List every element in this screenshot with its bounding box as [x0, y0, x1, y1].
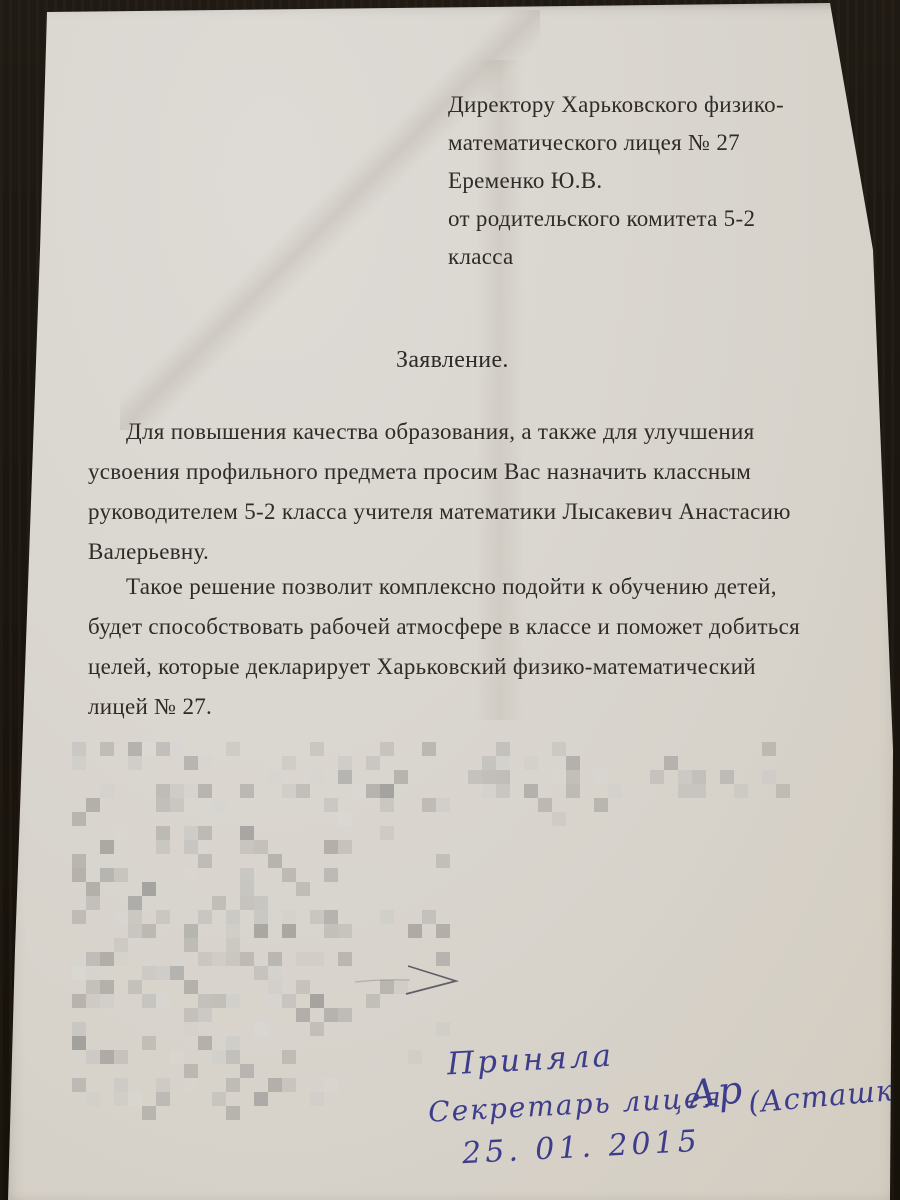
redaction-pixel — [212, 742, 226, 756]
redaction-pixel — [142, 1022, 156, 1036]
redaction-pixel — [72, 742, 86, 756]
redaction-pixel — [422, 798, 436, 812]
redacted-signature-right — [468, 742, 790, 826]
redaction-pixel — [72, 924, 86, 938]
redaction-pixel — [436, 798, 450, 812]
redaction-pixel — [310, 994, 324, 1008]
redaction-pixel — [748, 742, 762, 756]
redaction-pixel — [100, 1106, 114, 1120]
redaction-pixel — [142, 1036, 156, 1050]
redaction-pixel — [776, 742, 790, 756]
redaction-pixel — [394, 840, 408, 854]
body-line: будет способствовать рабочей атмосфере в… — [88, 607, 800, 647]
redaction-pixel — [394, 1078, 408, 1092]
redaction-pixel — [212, 840, 226, 854]
redaction-pixel — [100, 854, 114, 868]
redaction-pixel — [296, 1050, 310, 1064]
redaction-pixel — [524, 742, 538, 756]
redaction-pixel — [86, 952, 100, 966]
redaction-pixel — [422, 1008, 436, 1022]
redaction-pixel — [394, 756, 408, 770]
redaction-pixel — [422, 896, 436, 910]
redaction-pixel — [72, 1078, 86, 1092]
redaction-pixel — [128, 896, 142, 910]
redaction-pixel — [296, 840, 310, 854]
redaction-pixel — [324, 1008, 338, 1022]
redaction-pixel — [296, 952, 310, 966]
redaction-pixel — [100, 784, 114, 798]
handwritten-signature: Ар — [686, 1067, 745, 1117]
redaction-pixel — [184, 952, 198, 966]
redaction-pixel — [580, 812, 594, 826]
redaction-pixel — [762, 756, 776, 770]
redaction-pixel — [324, 1064, 338, 1078]
redaction-pixel — [762, 812, 776, 826]
redaction-pixel — [324, 1078, 338, 1092]
redaction-pixel — [436, 854, 450, 868]
redaction-pixel — [128, 882, 142, 896]
redaction-pixel — [156, 1092, 170, 1106]
redaction-pixel — [170, 812, 184, 826]
redaction-pixel — [296, 1022, 310, 1036]
redaction-pixel — [394, 798, 408, 812]
redaction-pixel — [268, 770, 282, 784]
redaction-pixel — [524, 812, 538, 826]
redaction-pixel — [380, 854, 394, 868]
redaction-pixel — [324, 826, 338, 840]
redaction-pixel — [212, 994, 226, 1008]
redaction-pixel — [72, 1050, 86, 1064]
redaction-pixel — [114, 798, 128, 812]
redaction-pixel — [524, 770, 538, 784]
redaction-pixel — [394, 1022, 408, 1036]
redaction-pixel — [678, 742, 692, 756]
redaction-pixel — [86, 994, 100, 1008]
redaction-pixel — [366, 826, 380, 840]
redaction-pixel — [170, 1078, 184, 1092]
redaction-pixel — [268, 896, 282, 910]
redaction-pixel — [324, 994, 338, 1008]
redaction-pixel — [296, 994, 310, 1008]
redaction-pixel — [114, 1022, 128, 1036]
redaction-pixel — [422, 1022, 436, 1036]
redaction-pixel — [748, 812, 762, 826]
redaction-pixel — [268, 1008, 282, 1022]
redaction-pixel — [156, 784, 170, 798]
redaction-pixel — [100, 812, 114, 826]
redaction-pixel — [226, 896, 240, 910]
redaction-pixel — [86, 826, 100, 840]
redaction-pixel — [594, 798, 608, 812]
redaction-pixel — [650, 756, 664, 770]
redaction-pixel — [324, 980, 338, 994]
redacted-signatures-left — [72, 742, 450, 1120]
redaction-pixel — [408, 924, 422, 938]
redaction-pixel — [212, 854, 226, 868]
redaction-pixel — [366, 896, 380, 910]
redaction-pixel — [566, 812, 580, 826]
redaction-pixel — [324, 840, 338, 854]
redaction-pixel — [678, 798, 692, 812]
redaction-pixel — [142, 1008, 156, 1022]
redaction-pixel — [352, 868, 366, 882]
redaction-pixel — [338, 770, 352, 784]
redaction-pixel — [156, 826, 170, 840]
redaction-pixel — [296, 1106, 310, 1120]
redaction-pixel — [380, 1064, 394, 1078]
redaction-pixel — [394, 770, 408, 784]
redaction-pixel — [380, 784, 394, 798]
redaction-pixel — [482, 770, 496, 784]
redaction-pixel — [254, 938, 268, 952]
redaction-pixel — [380, 1050, 394, 1064]
redaction-pixel — [128, 770, 142, 784]
redaction-pixel — [594, 756, 608, 770]
redaction-pixel — [366, 742, 380, 756]
redaction-pixel — [324, 910, 338, 924]
redaction-pixel — [86, 980, 100, 994]
redaction-pixel — [226, 1092, 240, 1106]
redaction-pixel — [226, 1064, 240, 1078]
redaction-pixel — [254, 994, 268, 1008]
redaction-pixel — [296, 812, 310, 826]
redaction-pixel — [72, 966, 86, 980]
redaction-pixel — [380, 742, 394, 756]
redaction-pixel — [380, 868, 394, 882]
redaction-pixel — [538, 784, 552, 798]
redaction-pixel — [324, 756, 338, 770]
redaction-pixel — [212, 966, 226, 980]
redaction-pixel — [226, 1022, 240, 1036]
redaction-pixel — [212, 938, 226, 952]
redaction-pixel — [734, 812, 748, 826]
redaction-pixel — [748, 756, 762, 770]
redaction-pixel — [212, 1064, 226, 1078]
redaction-pixel — [394, 1036, 408, 1050]
redaction-pixel — [482, 742, 496, 756]
redaction-pixel — [142, 980, 156, 994]
redaction-pixel — [226, 1050, 240, 1064]
redaction-pixel — [664, 742, 678, 756]
redaction-pixel — [170, 1022, 184, 1036]
redaction-pixel — [72, 826, 86, 840]
redaction-pixel — [184, 854, 198, 868]
redaction-pixel — [408, 1050, 422, 1064]
redaction-pixel — [170, 840, 184, 854]
redaction-pixel — [198, 924, 212, 938]
redaction-pixel — [394, 1008, 408, 1022]
redaction-pixel — [212, 952, 226, 966]
redaction-pixel — [254, 952, 268, 966]
redaction-pixel — [226, 882, 240, 896]
redaction-pixel — [692, 756, 706, 770]
redaction-pixel — [212, 798, 226, 812]
redaction-pixel — [636, 742, 650, 756]
redaction-pixel — [240, 882, 254, 896]
redaction-pixel — [310, 896, 324, 910]
redaction-pixel — [268, 1106, 282, 1120]
redaction-pixel — [170, 1092, 184, 1106]
photo-background: Директору Харьковского физико- математич… — [0, 0, 900, 1200]
redaction-pixel — [436, 756, 450, 770]
redaction-pixel — [268, 854, 282, 868]
redaction-pixel — [156, 840, 170, 854]
redaction-pixel — [296, 742, 310, 756]
redaction-pixel — [226, 910, 240, 924]
redaction-pixel — [72, 756, 86, 770]
redaction-pixel — [156, 756, 170, 770]
redaction-pixel — [184, 798, 198, 812]
redaction-pixel — [72, 854, 86, 868]
redaction-pixel — [380, 798, 394, 812]
redaction-pixel — [366, 840, 380, 854]
redaction-pixel — [240, 742, 254, 756]
redaction-pixel — [226, 980, 240, 994]
redaction-pixel — [408, 1078, 422, 1092]
redaction-pixel — [114, 812, 128, 826]
redaction-pixel — [142, 798, 156, 812]
redaction-pixel — [436, 1022, 450, 1036]
redaction-pixel — [282, 896, 296, 910]
redaction-pixel — [86, 812, 100, 826]
redaction-pixel — [86, 1092, 100, 1106]
redaction-pixel — [86, 798, 100, 812]
redaction-pixel — [198, 896, 212, 910]
redaction-pixel — [282, 812, 296, 826]
redaction-pixel — [352, 1022, 366, 1036]
redaction-pixel — [128, 1008, 142, 1022]
redaction-pixel — [86, 924, 100, 938]
handwritten-surname: (Асташко) — [747, 1070, 900, 1119]
redaction-pixel — [496, 756, 510, 770]
redaction-pixel — [468, 756, 482, 770]
document-title: Заявление. — [396, 347, 509, 374]
redaction-pixel — [366, 1036, 380, 1050]
redaction-pixel — [156, 868, 170, 882]
redaction-pixel — [352, 1106, 366, 1120]
redaction-pixel — [496, 742, 510, 756]
redaction-pixel — [254, 966, 268, 980]
redaction-pixel — [128, 994, 142, 1008]
redaction-pixel — [296, 1092, 310, 1106]
redaction-pixel — [380, 770, 394, 784]
redaction-pixel — [198, 1064, 212, 1078]
redaction-pixel — [156, 798, 170, 812]
redaction-pixel — [114, 784, 128, 798]
redaction-pixel — [366, 924, 380, 938]
redaction-pixel — [394, 882, 408, 896]
redaction-pixel — [254, 1050, 268, 1064]
redaction-pixel — [254, 770, 268, 784]
redaction-pixel — [566, 798, 580, 812]
redaction-pixel — [170, 910, 184, 924]
redaction-pixel — [776, 784, 790, 798]
redaction-pixel — [282, 770, 296, 784]
redaction-pixel — [86, 1064, 100, 1078]
redaction-pixel — [324, 1036, 338, 1050]
redaction-pixel — [296, 896, 310, 910]
redaction-pixel — [86, 896, 100, 910]
redaction-pixel — [254, 812, 268, 826]
redaction-pixel — [380, 924, 394, 938]
redaction-pixel — [580, 756, 594, 770]
redaction-pixel — [212, 826, 226, 840]
redaction-pixel — [240, 966, 254, 980]
redaction-pixel — [436, 840, 450, 854]
redaction-pixel — [142, 840, 156, 854]
redaction-pixel — [72, 882, 86, 896]
redaction-pixel — [552, 798, 566, 812]
redaction-pixel — [408, 1106, 422, 1120]
redaction-pixel — [212, 1022, 226, 1036]
redaction-pixel — [156, 1036, 170, 1050]
redaction-pixel — [114, 840, 128, 854]
redaction-pixel — [268, 882, 282, 896]
redaction-pixel — [566, 784, 580, 798]
redaction-pixel — [128, 1078, 142, 1092]
redaction-pixel — [650, 770, 664, 784]
redaction-pixel — [240, 1064, 254, 1078]
redaction-pixel — [324, 966, 338, 980]
redaction-pixel — [692, 784, 706, 798]
redaction-pixel — [198, 1008, 212, 1022]
redaction-pixel — [282, 1050, 296, 1064]
redaction-pixel — [128, 756, 142, 770]
redaction-pixel — [170, 1008, 184, 1022]
redaction-pixel — [240, 1050, 254, 1064]
redaction-pixel — [184, 896, 198, 910]
redaction-pixel — [198, 1106, 212, 1120]
redaction-pixel — [100, 770, 114, 784]
redaction-pixel — [268, 980, 282, 994]
redaction-pixel — [408, 784, 422, 798]
redaction-pixel — [114, 1106, 128, 1120]
redaction-pixel — [692, 812, 706, 826]
redaction-pixel — [422, 784, 436, 798]
redaction-pixel — [482, 812, 496, 826]
redaction-pixel — [212, 1106, 226, 1120]
redaction-pixel — [100, 798, 114, 812]
redaction-pixel — [552, 784, 566, 798]
redaction-pixel — [338, 854, 352, 868]
redaction-pixel — [422, 882, 436, 896]
redaction-pixel — [352, 938, 366, 952]
redaction-pixel — [212, 924, 226, 938]
redaction-pixel — [114, 924, 128, 938]
redaction-pixel — [338, 980, 352, 994]
redaction-pixel — [198, 812, 212, 826]
redaction-pixel — [380, 1092, 394, 1106]
redaction-pixel — [324, 938, 338, 952]
redaction-pixel — [394, 1064, 408, 1078]
redaction-pixel — [310, 910, 324, 924]
redaction-pixel — [422, 756, 436, 770]
redaction-pixel — [422, 826, 436, 840]
redaction-pixel — [282, 840, 296, 854]
redaction-pixel — [408, 854, 422, 868]
redaction-pixel — [352, 910, 366, 924]
redaction-pixel — [72, 1092, 86, 1106]
redaction-pixel — [352, 840, 366, 854]
redaction-pixel — [100, 882, 114, 896]
redaction-pixel — [226, 1106, 240, 1120]
redaction-pixel — [100, 994, 114, 1008]
redaction-pixel — [128, 952, 142, 966]
redaction-pixel — [114, 896, 128, 910]
redaction-pixel — [552, 742, 566, 756]
redaction-pixel — [324, 896, 338, 910]
redaction-pixel — [352, 812, 366, 826]
redaction-pixel — [86, 784, 100, 798]
redaction-pixel — [352, 784, 366, 798]
redaction-pixel — [566, 756, 580, 770]
redaction-pixel — [212, 1092, 226, 1106]
redaction-pixel — [184, 1050, 198, 1064]
redaction-pixel — [72, 1106, 86, 1120]
redaction-pixel — [776, 812, 790, 826]
recipient-line: от родительского комитета 5-2 — [448, 200, 784, 238]
redaction-pixel — [538, 742, 552, 756]
redaction-pixel — [482, 756, 496, 770]
redaction-pixel — [72, 812, 86, 826]
redaction-pixel — [566, 770, 580, 784]
redaction-pixel — [380, 1022, 394, 1036]
redaction-pixel — [748, 784, 762, 798]
redaction-pixel — [240, 896, 254, 910]
redaction-pixel — [114, 1050, 128, 1064]
redaction-pixel — [72, 1008, 86, 1022]
redaction-pixel — [394, 924, 408, 938]
redaction-pixel — [184, 1106, 198, 1120]
redaction-pixel — [496, 784, 510, 798]
redaction-pixel — [198, 854, 212, 868]
redaction-pixel — [198, 826, 212, 840]
body-line: Такое решение позволит комплексно подойт… — [88, 567, 800, 607]
redaction-pixel — [352, 882, 366, 896]
redaction-pixel — [268, 938, 282, 952]
redaction-pixel — [538, 770, 552, 784]
redaction-pixel — [366, 1092, 380, 1106]
redaction-pixel — [268, 924, 282, 938]
redaction-pixel — [338, 952, 352, 966]
redaction-pixel — [380, 756, 394, 770]
redaction-pixel — [296, 980, 310, 994]
redaction-pixel — [352, 770, 366, 784]
redaction-pixel — [198, 1078, 212, 1092]
redaction-pixel — [254, 1106, 268, 1120]
redaction-pixel — [408, 812, 422, 826]
redaction-pixel — [580, 798, 594, 812]
redaction-pixel — [156, 770, 170, 784]
redaction-pixel — [114, 742, 128, 756]
redaction-pixel — [482, 798, 496, 812]
redaction-pixel — [114, 994, 128, 1008]
redaction-pixel — [622, 812, 636, 826]
redaction-pixel — [366, 938, 380, 952]
redaction-pixel — [282, 868, 296, 882]
redaction-pixel — [482, 784, 496, 798]
redaction-pixel — [422, 1050, 436, 1064]
redaction-pixel — [310, 1036, 324, 1050]
redaction-pixel — [282, 742, 296, 756]
redaction-pixel — [734, 784, 748, 798]
redaction-pixel — [226, 966, 240, 980]
redaction-pixel — [436, 770, 450, 784]
redaction-pixel — [170, 1036, 184, 1050]
redaction-pixel — [510, 798, 524, 812]
redaction-pixel — [156, 882, 170, 896]
redaction-pixel — [198, 840, 212, 854]
